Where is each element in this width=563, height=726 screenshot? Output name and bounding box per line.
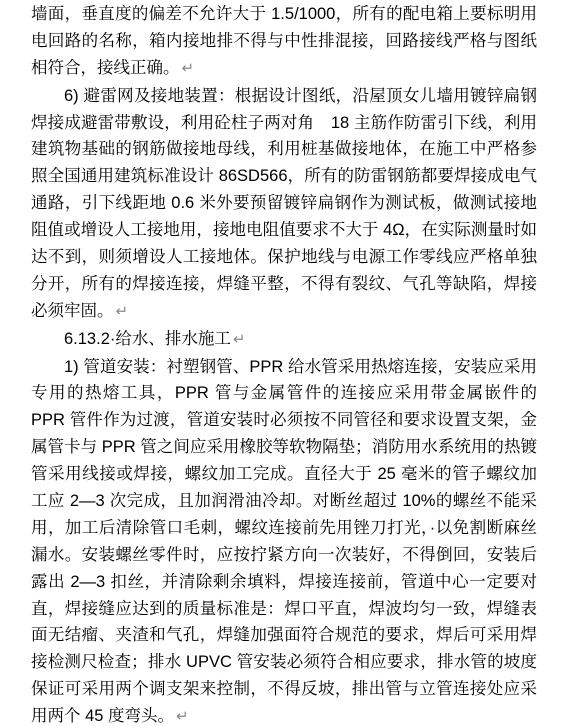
return-mark-icon: ↵ [180,60,195,77]
paragraph-text: 墙面，垂直度的偏差不允许大于 1.5/1000，所有的配电箱上要标明用电回路的名… [31,5,537,77]
paragraph: 6) 避雷网及接地装置：根据设计图纸，沿屋顶女儿墙用镀锌扁钢焊接成避雷带敷设，利… [31,83,537,326]
paragraph-text: 6) 避雷网及接地装置：根据设计图纸，沿屋顶女儿墙用镀锌扁钢焊接成避雷带敷设，利… [31,87,537,320]
paragraph: 墙面，垂直度的偏差不允许大于 1.5/1000，所有的配电箱上要标明用电回路的名… [31,1,537,83]
section-heading-text: 6.13.2·给水、排水施工 [64,330,231,348]
return-mark-icon: ↵ [231,331,246,348]
paragraph: 1) 管道安装：衬塑钢管、PPR 给水管采用热熔连接，安装应采用专用的热熔工具，… [31,354,537,726]
return-mark-icon: ↵ [114,303,129,320]
paragraph-text: 1) 管道安装：衬塑钢管、PPR 给水管采用热熔连接，安装应采用专用的热熔工具，… [31,358,537,726]
document-page: 墙面，垂直度的偏差不允许大于 1.5/1000，所有的配电箱上要标明用电回路的名… [0,0,563,726]
section-heading: 6.13.2·给水、排水施工↵ [31,326,537,354]
return-mark-icon: ↵ [174,708,189,725]
